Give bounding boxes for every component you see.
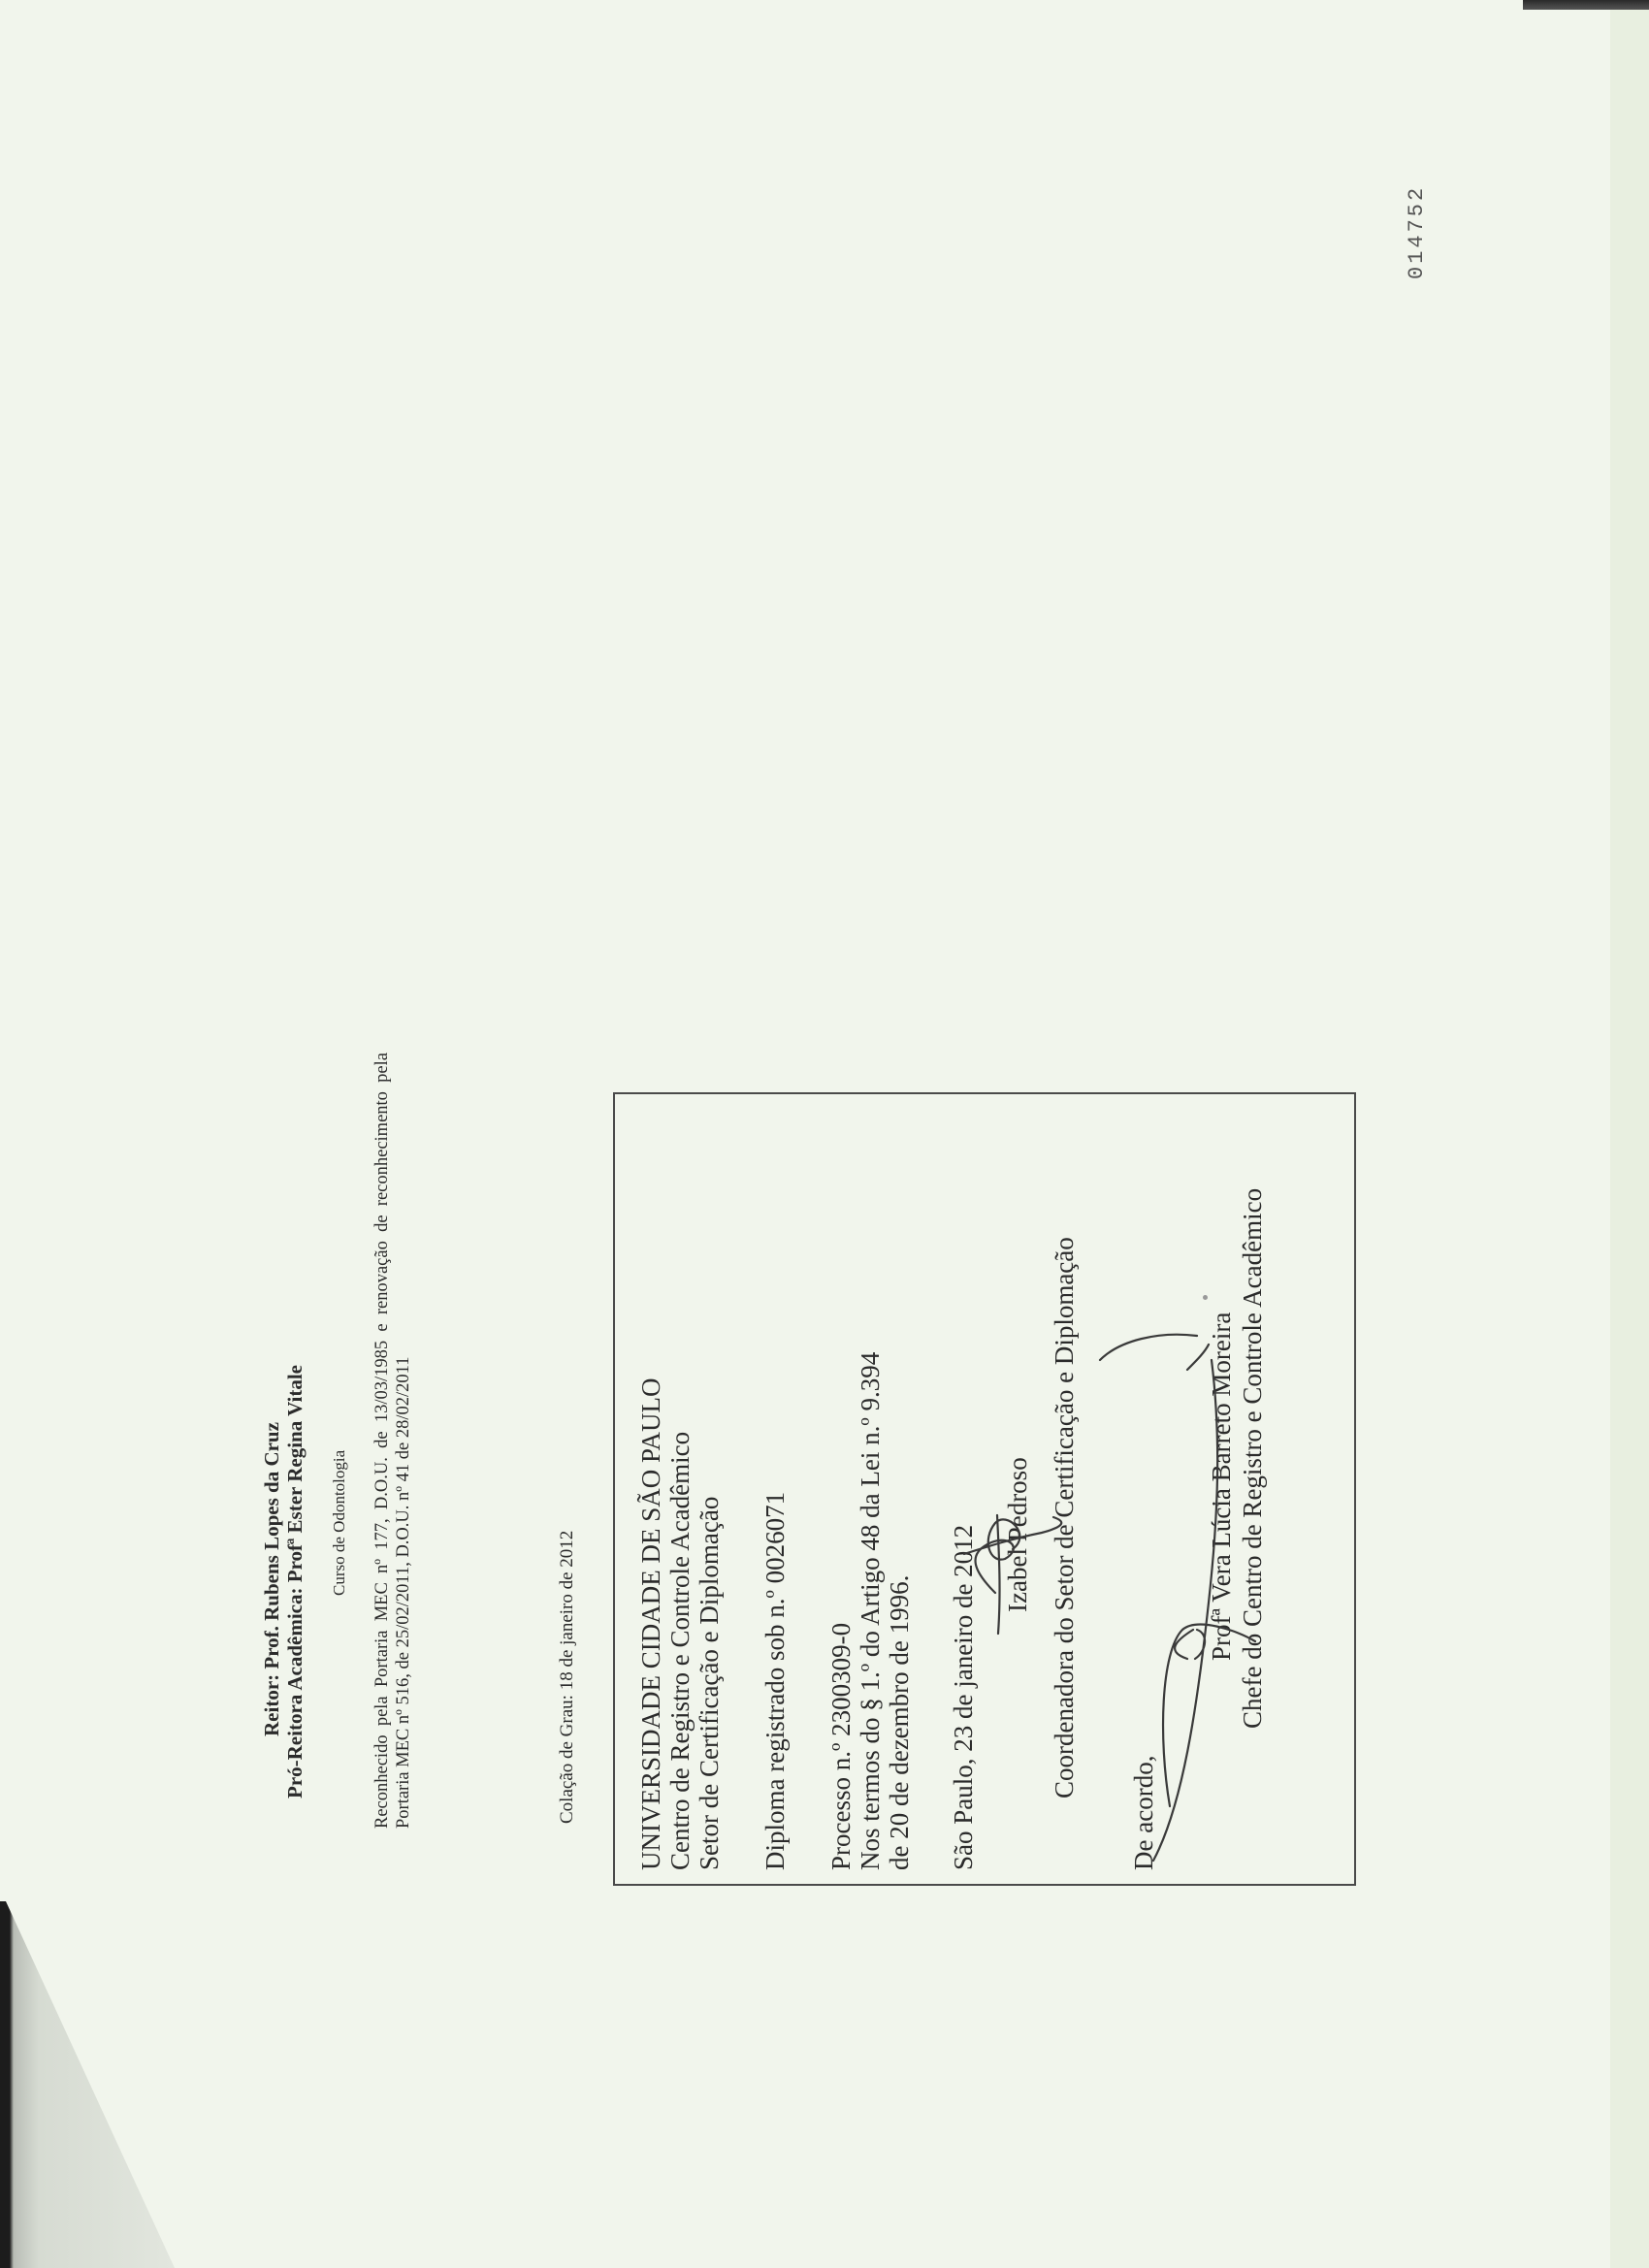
agreement-text: De acordo, — [1129, 1756, 1159, 1870]
legal-basis-line-2: de 20 de dezembro de 1996. — [885, 1575, 915, 1870]
course-name: Curso de Odontologia — [330, 1450, 349, 1596]
place-and-date: São Paulo, 23 de janeiro de 2012 — [949, 1525, 979, 1870]
legal-basis-line-1: Nos termos do § 1.º do Artigo 48 da Lei … — [856, 1352, 886, 1870]
signatory-1-name: Izabel Pedroso — [1003, 1457, 1033, 1612]
signatory-1-title: Coordenadora do Setor de Certificação e … — [1050, 1237, 1080, 1798]
certification-sector: Setor de Certificação e Diplomação — [695, 1497, 725, 1870]
serial-number: 014752 — [1405, 185, 1429, 279]
diploma-back-page: Reitor: Prof. Rubens Lopes da Cruz Pró-R… — [0, 0, 1649, 2268]
recognition-paragraph: Reconhecido pela Portaria MEC nº 177, D.… — [372, 1053, 414, 1829]
registration-center: Centro de Registro e Controle Acadêmico — [665, 1432, 695, 1870]
graduation-date: Colação de Grau: 18 de janeiro de 2012 — [557, 1531, 578, 1824]
pro-rector-line: Pró-Reitora Acadêmica: Profª Ester Regin… — [283, 1365, 307, 1798]
signatory-2-title: Chefe do Centro de Registro e Controle A… — [1238, 1188, 1268, 1729]
registration-box: UNIVERSIDADE CIDADE DE SÃO PAULO Centro … — [613, 1092, 1356, 1886]
rector-line: Reitor: Prof. Rubens Lopes da Cruz — [260, 1422, 284, 1736]
diploma-registration-number: Diploma registrado sob n.º 0026071 — [760, 1492, 791, 1870]
signatory-2-name: Profª Vera Lúcia Barreto Moreira — [1207, 1312, 1237, 1661]
process-number: Processo n.º 2300309-0 — [826, 1623, 857, 1870]
university-name: UNIVERSIDADE CIDADE DE SÃO PAULO — [636, 1377, 666, 1870]
